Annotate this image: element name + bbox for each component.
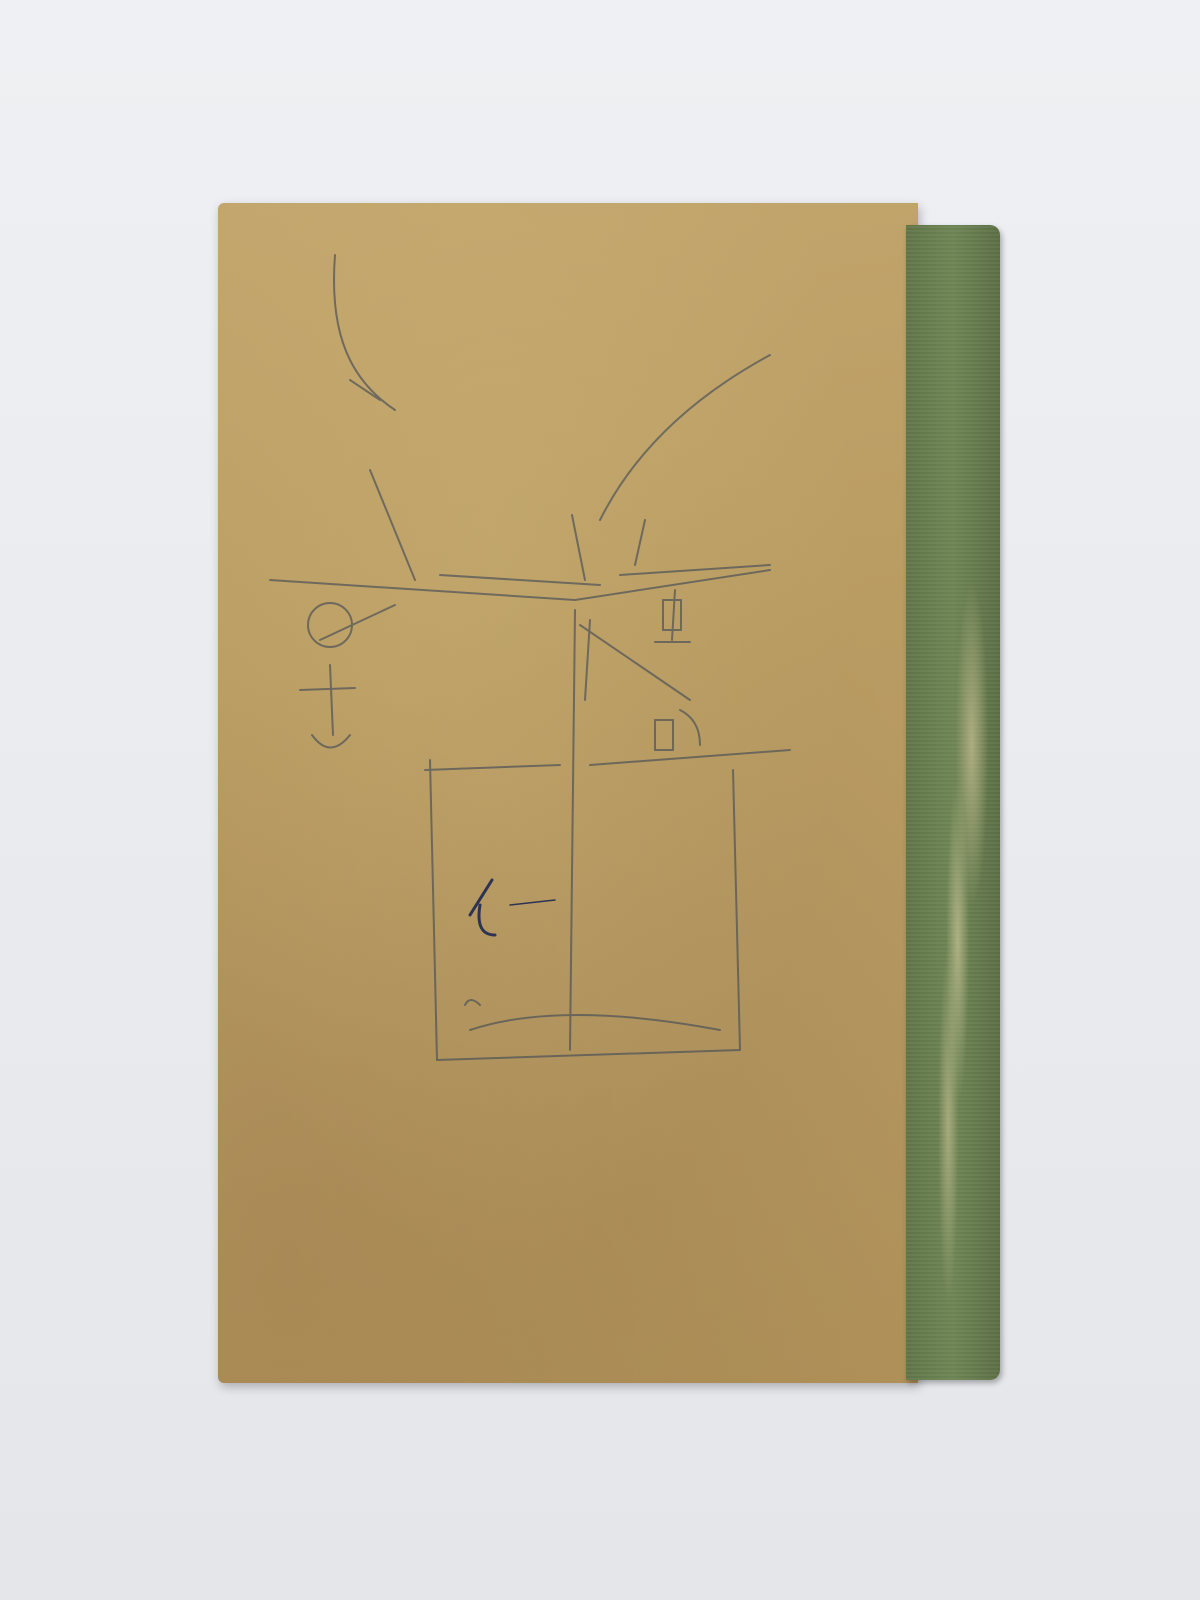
pencil-sketch: [0, 0, 1200, 1600]
